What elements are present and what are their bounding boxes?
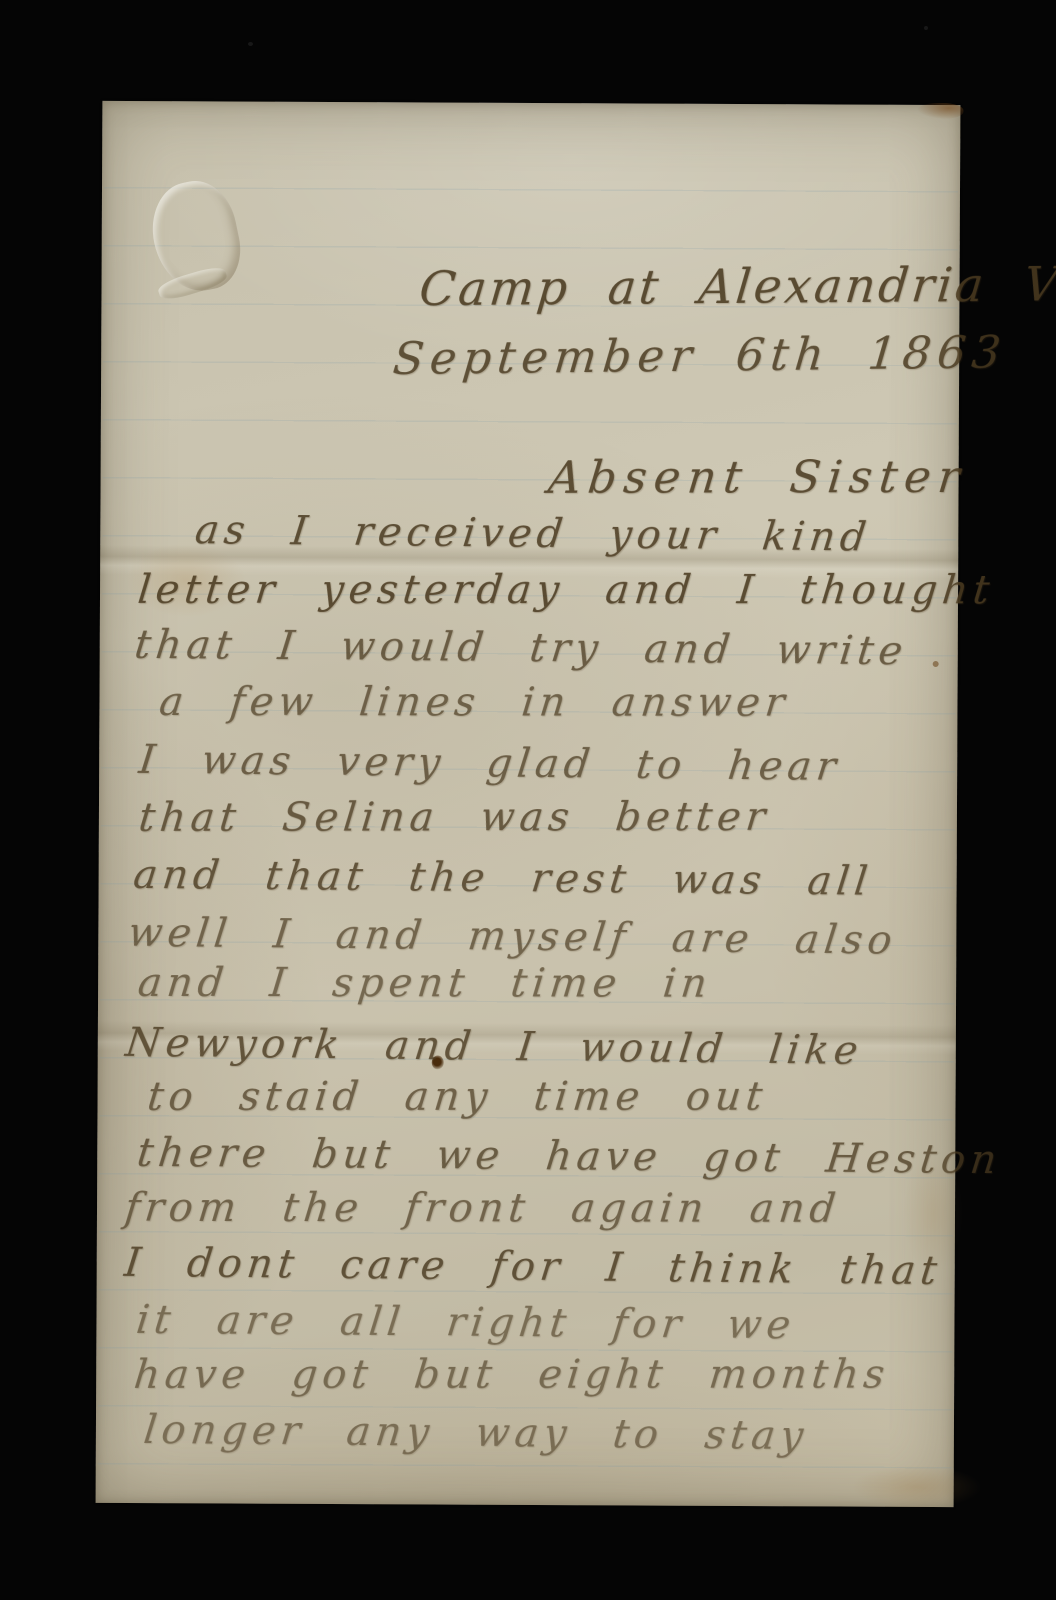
body-line: from the front again and	[123, 1185, 843, 1232]
body-line: letter yesterday and I thought	[136, 567, 997, 613]
letter-body: as I received your kind letter yesterday…	[102, 101, 960, 105]
body-line: Newyork and I would like	[123, 1020, 865, 1074]
body-line: that Selina was better	[137, 794, 773, 841]
body-line: longer any way to stay	[141, 1407, 810, 1459]
body-line: have got but eight months	[132, 1352, 892, 1398]
embossed-seal	[154, 181, 239, 291]
photo-backdrop: { "photo": { "background_color": "#05050…	[0, 0, 1056, 1600]
dust-speck	[248, 42, 253, 46]
letter-paper: Camp at Alexandria Va September 6th 1863…	[96, 101, 961, 1507]
body-line: as I received your kind	[193, 507, 874, 560]
heading-place-line: Camp at Alexandria Va	[417, 258, 1056, 318]
body-line: it are all right for we	[134, 1297, 798, 1348]
body-line: a few lines in answer	[157, 679, 792, 726]
salutation-line: Absent Sister	[546, 450, 969, 504]
body-line: there but we have got Heston	[135, 1130, 1004, 1183]
body-line: and that the rest was all	[131, 852, 875, 905]
body-line: to staid any time out	[145, 1074, 769, 1120]
small-speck	[933, 661, 939, 667]
corner-stain	[917, 103, 963, 119]
body-line: well I and myself are also	[126, 910, 900, 964]
heading-date-line: September 6th 1863	[391, 326, 1009, 386]
body-line: I dont care for I think that	[122, 1240, 944, 1294]
bottom-stain	[852, 1465, 982, 1510]
body-line: I was very glad to hear	[137, 737, 844, 790]
dust-speck	[924, 26, 928, 30]
body-line: and I spent time in	[136, 960, 714, 1007]
body-line: that I would try and write	[132, 622, 910, 674]
